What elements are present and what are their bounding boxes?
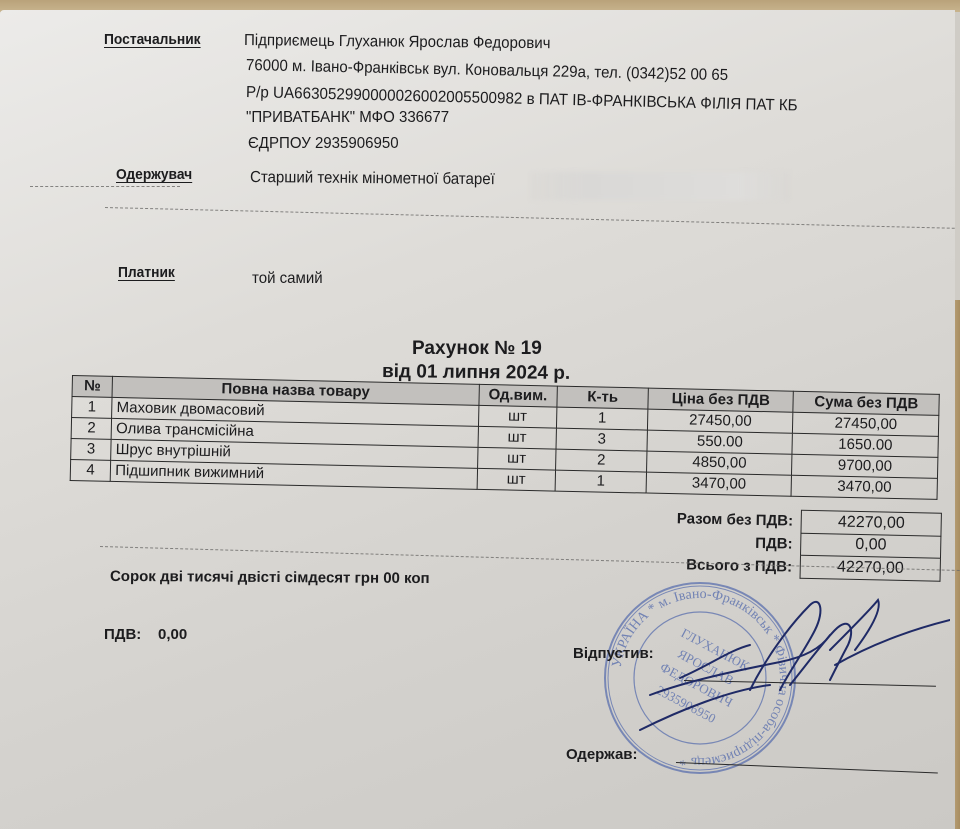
cell-sum: 3470,00: [791, 475, 937, 499]
supplier-bank-name: "ПРИВАТБАНК" МФО 336677: [246, 109, 449, 127]
divider-dashed: [30, 186, 180, 187]
cell-quantity: 1: [555, 470, 646, 493]
totals-block: Разом без ПДВ: 42270,00 ПДВ: 0,00 Всього…: [619, 506, 942, 582]
cell-price: 3470,00: [646, 472, 792, 496]
cell-unit: шт: [477, 447, 556, 470]
supplier-name: Підприємець Глуханюк Ярослав Федорович: [244, 32, 551, 53]
supplier-label: Постачальник: [104, 31, 201, 48]
invoice-title: Рахунок № 19: [412, 338, 542, 360]
vat-summary-value: 0,00: [158, 626, 187, 643]
payer-value: той самий: [252, 270, 323, 288]
cell-number: 1: [72, 397, 113, 419]
header-sum: Сума без ПДВ: [793, 391, 939, 415]
cell-unit: шт: [478, 426, 557, 449]
supplier-edrpou: ЄДРПОУ 2935906950: [248, 135, 399, 153]
subtotal-value: 42270,00: [801, 509, 942, 536]
vat-value: 0,00: [800, 533, 941, 559]
cell-quantity: 3: [556, 428, 647, 451]
subtotal-label: Разом без ПДВ:: [620, 509, 802, 530]
redacted-area: [530, 172, 790, 200]
header-unit: Од.вим.: [479, 384, 558, 407]
cell-number: 3: [71, 438, 112, 460]
vat-label: ПДВ:: [619, 532, 801, 553]
cell-quantity: 2: [556, 449, 647, 472]
cell-number: 4: [70, 459, 111, 481]
invoice-date: від 01 липня 2024 р.: [382, 361, 570, 385]
invoice-table: № Повна назва товару Од.вим. К-ть Ціна б…: [70, 375, 940, 500]
cell-number: 2: [71, 418, 112, 440]
payer-label: Платник: [118, 264, 175, 281]
cell-unit: шт: [477, 468, 556, 491]
header-quantity: К-ть: [557, 386, 648, 409]
recipient-value: Старший технік мінометної батареї: [250, 169, 495, 189]
recipient-label: Одержувач: [116, 166, 192, 183]
vat-summary-label: ПДВ:: [104, 626, 141, 643]
handwritten-signature-icon: [620, 590, 950, 770]
cell-unit: шт: [478, 405, 557, 428]
cell-quantity: 1: [557, 407, 648, 430]
header-number: №: [72, 376, 113, 398]
amount-in-words: Сорок дві тисячі двісті сімдесят грн 00 …: [110, 568, 430, 587]
